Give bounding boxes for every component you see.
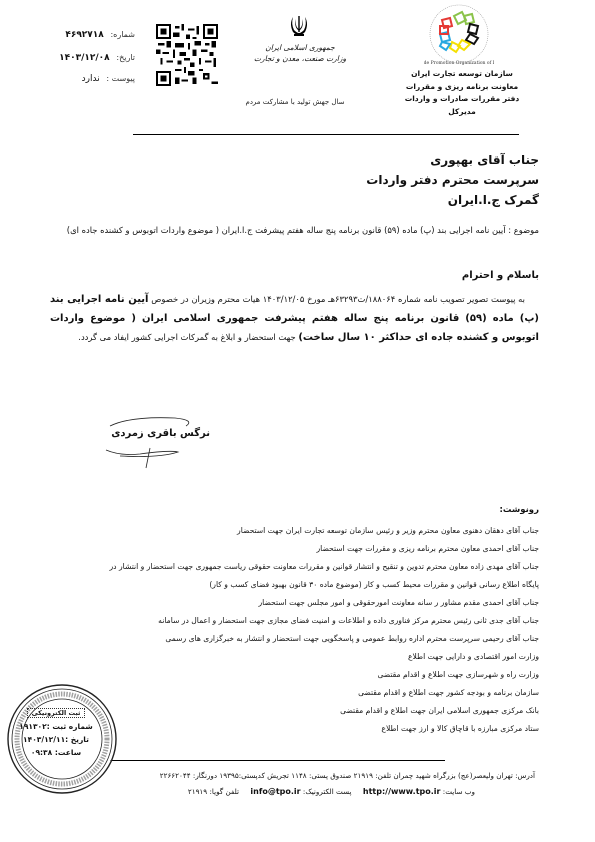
body-part-3: جهت استحضار و ابلاغ به گمرکات اجرایی کشو… [78, 332, 298, 342]
body-part-1: به پیوست تصویر تصویب نامه شماره ۱۸۸۰۶۴/ت… [149, 294, 540, 304]
stamp-content: ثبت الکترونیکی شماره ثبت :۱۹۱۳۰۲ تاریخ :… [16, 700, 96, 759]
phone-value: ۲۱۹۱۹ [188, 787, 207, 796]
organization-header: سازمان توسعه تجارت ایران معاونت برنامه ر… [402, 68, 522, 118]
letter-number: شماره: ۴۶۹۲۷۱۸ [40, 30, 135, 40]
footer-divider [110, 760, 445, 761]
stamp-badge: ثبت الکترونیکی [27, 708, 86, 718]
stamp-date: تاریخ :۱۴۰۳/۱۲/۱۱ [16, 733, 96, 746]
letter-number-value: ۴۶۹۲۷۱۸ [65, 30, 103, 40]
addressee-title: سرپرست محترم دفتر واردات [366, 170, 539, 190]
footer-address: آدرس: تهران ولیعصر(عج) بزرگراه شهید چمرا… [100, 768, 535, 784]
signatory-name: نرگس باقری زمردی [110, 428, 210, 439]
salutation: باسلام و احترام [462, 270, 539, 281]
website-label: وب سایت: [443, 787, 475, 796]
ministry-line-1: جمهوری اسلامی ایران [248, 42, 352, 53]
org-line-4: مدیرکل [402, 106, 522, 119]
letter-body: به پیوست تصویر تصویب نامه شماره ۱۸۸۰۶۴/ت… [50, 290, 539, 347]
attachment-value: ندارد [82, 74, 100, 84]
website-link[interactable]: http://www.tpo.ir [363, 787, 441, 796]
addressee-block: جناب آقای بهپوری سرپرست محترم دفتر واردا… [366, 150, 539, 210]
cc-item: وزارت امور اقتصادی و دارایی جهت اطلاع [40, 648, 539, 666]
stamp-registration-number: شماره ثبت :۱۹۱۳۰۲ [16, 720, 96, 733]
cc-item: جناب آقای احمدی مقدم مشاور ر سانه معاونت… [40, 594, 539, 612]
letter-date-value: ۱۴۰۳/۱۲/۰۸ [59, 53, 110, 63]
cc-item: وزارت راه و شهرسازی جهت اطلاع و اقدام مق… [40, 666, 539, 684]
cc-item: جناب آقای مهدی زاده معاون محترم تدوین و … [40, 558, 539, 576]
svg-text:Trade Promotion Organization o: Trade Promotion Organization of Iran [424, 60, 494, 66]
email-link[interactable]: info@tpo.ir [250, 787, 300, 796]
cc-item: جناب آقای دهقان دهنوی معاون محترم وزیر و… [40, 522, 539, 540]
letter-number-label: شماره: [110, 30, 135, 39]
tpo-logo-icon: Trade Promotion Organization of Iran [424, 2, 494, 66]
cc-title: رونوشت: [500, 505, 539, 515]
email-label: پست الکترونیک: [303, 787, 352, 796]
iran-emblem-icon [288, 14, 310, 38]
org-line-2: معاونت برنامه ریزی و مقررات [402, 81, 522, 94]
footer: آدرس: تهران ولیعصر(عج) بزرگراه شهید چمرا… [100, 768, 535, 800]
phone-label: تلفن گویا: [209, 787, 239, 796]
signature-icon [100, 412, 220, 472]
attachment-label: پیوست : [106, 74, 135, 83]
cc-item: پایگاه اطلاع رسانی قوانین و مقررات محیط … [40, 576, 539, 594]
footer-contacts: وب سایت: http://www.tpo.ir پست الکترونیک… [100, 784, 535, 800]
header-divider [133, 134, 519, 135]
year-slogan: سال جهش تولید با مشارکت مردم [230, 98, 360, 106]
org-line-3: دفتر مقررات صادرات و واردات [402, 93, 522, 106]
stamp-time: ساعت: ۰۹:۳۸ [16, 746, 96, 759]
cc-item: جناب آقای رحیمی سرپرست محترم اداره روابط… [40, 630, 539, 648]
letter-date-label: تاریخ: [116, 53, 135, 62]
ministry-name: جمهوری اسلامی ایران وزارت صنعت، معدن و ت… [248, 42, 352, 64]
qr-code-icon [156, 24, 218, 86]
letter-subject: موضوع : آیین نامه اجرایی بند (پ) ماده (۵… [48, 222, 539, 238]
letter-date: تاریخ: ۱۴۰۳/۱۲/۰۸ [40, 53, 135, 63]
org-line-1: سازمان توسعه تجارت ایران [402, 68, 522, 81]
letter-attachment: پیوست : ندارد [40, 74, 135, 84]
ministry-line-2: وزارت صنعت، معدن و تجارت [248, 53, 352, 64]
cc-item: جناب آقای جدی ثانی رئیس محترم مرکز فناور… [40, 612, 539, 630]
addressee-org: گمرک ج.ا.ایران [366, 190, 539, 210]
cc-item: جناب آقای احمدی معاون محترم برنامه ریزی … [40, 540, 539, 558]
addressee-name: جناب آقای بهپوری [366, 150, 539, 170]
